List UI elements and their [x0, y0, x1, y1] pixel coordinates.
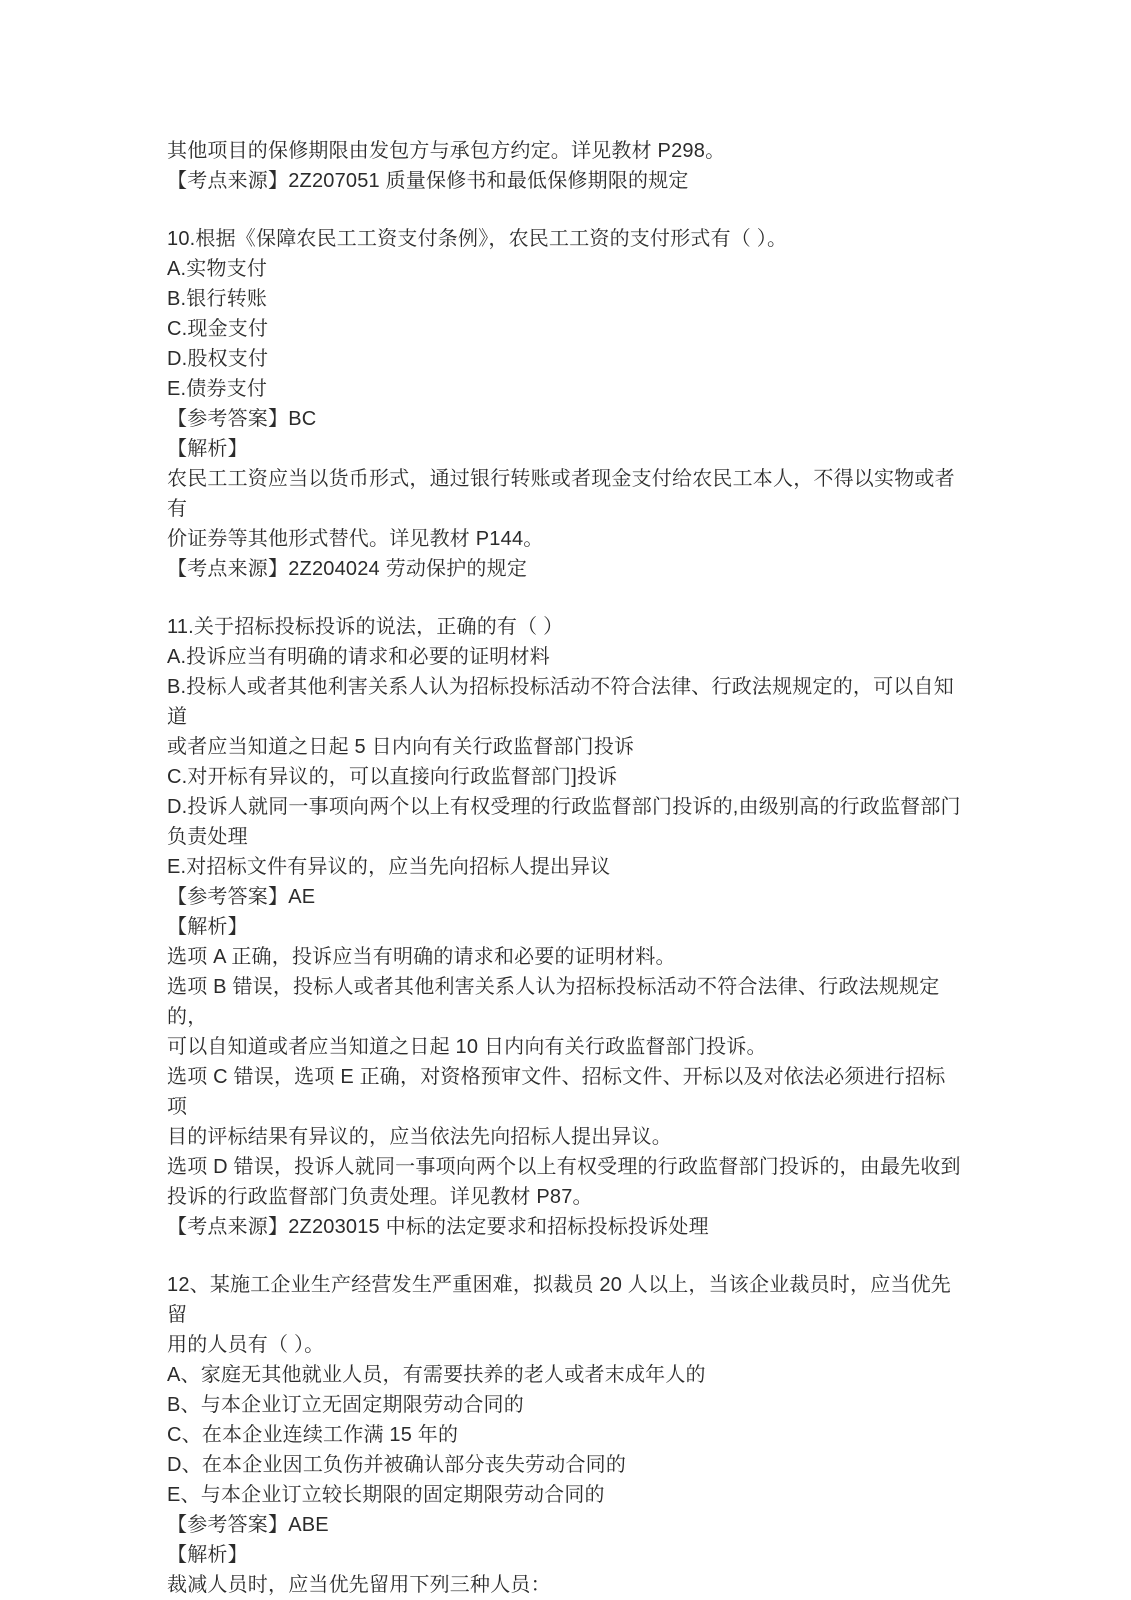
text-line: A.实物支付 — [167, 254, 965, 284]
text-line: 投诉的行政监督部门负责处理。详见教材 P87。 — [167, 1182, 965, 1212]
text-line: 裁减人员时，应当优先留用下列三种人员： — [167, 1570, 965, 1600]
text-line: 或者应当知道之日起 5 日内向有关行政监督部门投诉 — [167, 732, 965, 762]
text-line: 可以自知道或者应当知道之日起 10 日内向有关行政监督部门投诉。 — [167, 1032, 965, 1062]
text-line: D.股权支付 — [167, 344, 965, 374]
text-line: 【考点来源】2Z203015 中标的法定要求和招标投标投诉处理 — [167, 1212, 965, 1242]
question-11-section: 11.关于招标投标投诉的说法，正确的有（ ）A.投诉应当有明确的请求和必要的证明… — [167, 612, 965, 1242]
text-line: 【解析】 — [167, 1540, 965, 1570]
text-line: 价证券等其他形式替代。详见教材 P144。 — [167, 524, 965, 554]
text-line: E.对招标文件有异议的，应当先向招标人提出异议 — [167, 852, 965, 882]
text-line: A.投诉应当有明确的请求和必要的证明材料 — [167, 642, 965, 672]
text-line: 11.关于招标投标投诉的说法，正确的有（ ） — [167, 612, 965, 642]
text-line: 10.根据《保障农民工工资支付条例》，农民工工资的支付形式有（ ）。 — [167, 224, 965, 254]
document-content: 其他项目的保修期限由发包方与承包方约定。详见教材 P298。【考点来源】2Z20… — [167, 136, 965, 1600]
text-line: 【解析】 — [167, 434, 965, 464]
text-line: 选项 C 错误，选项 E 正确，对资格预审文件、招标文件、开标以及对依法必须进行… — [167, 1062, 965, 1122]
text-line: 选项 D 错误，投诉人就同一事项向两个以上有权受理的行政监督部门投诉的，由最先收… — [167, 1152, 965, 1182]
text-line: 【参考答案】AE — [167, 882, 965, 912]
text-line: 12、某施工企业生产经营发生严重困难，拟裁员 20 人以上，当该企业裁员时，应当… — [167, 1270, 965, 1330]
text-line: 【解析】 — [167, 912, 965, 942]
text-line: 【参考答案】ABE — [167, 1510, 965, 1540]
text-line: C、在本企业连续工作满 15 年的 — [167, 1420, 965, 1450]
text-line: 用的人员有（ ）。 — [167, 1330, 965, 1360]
question-9-explanation-tail-section: 其他项目的保修期限由发包方与承包方约定。详见教材 P298。【考点来源】2Z20… — [167, 136, 965, 196]
text-line: 【考点来源】2Z207051 质量保修书和最低保修期限的规定 — [167, 166, 965, 196]
text-line: 选项 A 正确，投诉应当有明确的请求和必要的证明材料。 — [167, 942, 965, 972]
text-line: B.投标人或者其他利害关系人认为招标投标活动不符合法律、行政法规规定的，可以自知… — [167, 672, 965, 732]
text-line: B、与本企业订立无固定期限劳动合同的 — [167, 1390, 965, 1420]
text-line: A、家庭无其他就业人员，有需要扶养的老人或者末成年人的 — [167, 1360, 965, 1390]
text-line: E、与本企业订立较长期限的固定期限劳动合同的 — [167, 1480, 965, 1510]
text-line: E.债券支付 — [167, 374, 965, 404]
text-line: C.现金支付 — [167, 314, 965, 344]
text-line: 【参考答案】BC — [167, 404, 965, 434]
text-line: 农民工工资应当以货币形式，通过银行转账或者现金支付给农民工本人，不得以实物或者有 — [167, 464, 965, 524]
text-line: 负责处理 — [167, 822, 965, 852]
text-line: 选项 B 错误，投标人或者其他利害关系人认为招标投标活动不符合法律、行政法规规定… — [167, 972, 965, 1032]
text-line: D.投诉人就同一事项向两个以上有权受理的行政监督部门投诉的,由级别高的行政监督部… — [167, 792, 965, 822]
text-line: B.银行转账 — [167, 284, 965, 314]
text-line: D、在本企业因工负伤并被确认部分丧失劳动合同的 — [167, 1450, 965, 1480]
question-12-section: 12、某施工企业生产经营发生严重困难，拟裁员 20 人以上，当该企业裁员时，应当… — [167, 1270, 965, 1600]
text-line: 【考点来源】2Z204024 劳动保护的规定 — [167, 554, 965, 584]
document-page: 其他项目的保修期限由发包方与承包方约定。详见教材 P298。【考点来源】2Z20… — [0, 0, 1131, 1600]
text-line: 目的评标结果有异议的，应当依法先向招标人提出异议。 — [167, 1122, 965, 1152]
text-line: 其他项目的保修期限由发包方与承包方约定。详见教材 P298。 — [167, 136, 965, 166]
question-10-section: 10.根据《保障农民工工资支付条例》，农民工工资的支付形式有（ ）。A.实物支付… — [167, 224, 965, 584]
text-line: C.对开标有异议的，可以直接向行政监督部门]投诉 — [167, 762, 965, 792]
